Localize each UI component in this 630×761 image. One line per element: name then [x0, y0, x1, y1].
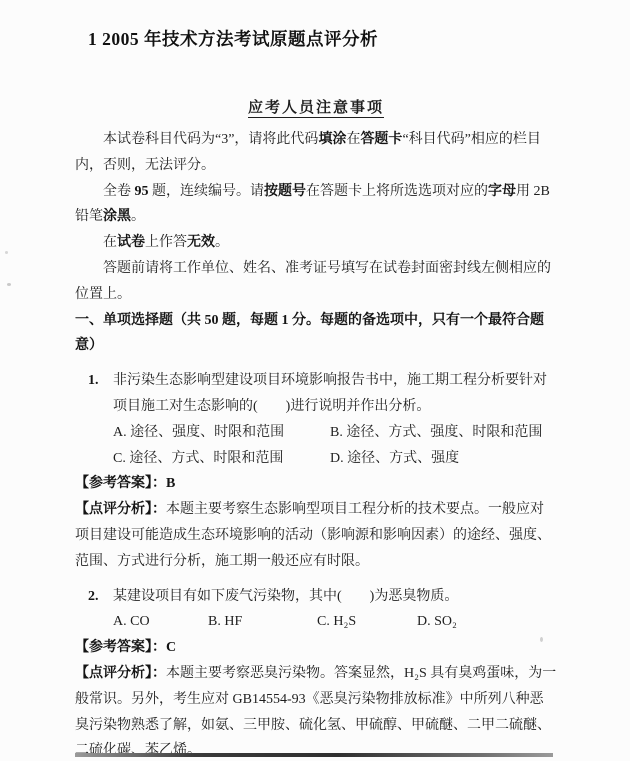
question-1-option-d: D. 途径、方式、强度: [330, 446, 459, 472]
scan-speck: [5, 251, 8, 254]
question-2: 2. 某建设项目有如下废气污染物，其中( )为恶臭物质。 A. CO B. HF…: [88, 584, 557, 761]
question-2-text: 某建设项目有如下废气污染物，其中( )为恶臭物质。: [113, 584, 557, 610]
text-run: 在: [346, 132, 360, 147]
question-1-options-row-1: A. 途径、强度、时限和范围 B. 途径、方式、强度、时限和范围: [113, 420, 557, 446]
section-heading: 一、单项选择题（共 50 题，每题 1 分。每题的备选项中，只有一个最符合题意）: [75, 308, 557, 360]
question-1-analysis: 【点评分析】：本题主要考察生态影响型项目工程分析的技术要点。一般应对项目建设可能…: [75, 497, 557, 574]
document-page: 1 2005 年技术方法考试原题点评分析 应考人员注意事项 本试卷科目代码为“3…: [0, 0, 630, 761]
notice-paragraph-3: 在试卷上作答无效。: [75, 230, 557, 256]
question-1-text: 非污染生态影响型建设项目环境影响报告书中，施工期工程分析要针对项目施工对生态影响…: [113, 368, 557, 420]
notice-paragraph-4: 答题前请将工作单位、姓名、准考证号填写在试卷封面密封线左侧相应的位置上。: [75, 256, 557, 308]
question-1-options-row-2: C. 途径、方式、时限和范围 D. 途径、方式、强度: [113, 446, 557, 472]
question-1: 1. 非污染生态影响型建设项目环境影响报告书中，施工期工程分析要针对项目施工对生…: [88, 368, 557, 574]
notice-paragraph-2: 全卷 95 题，连续编号。请按题号在答题卡上将所选选项对应的字母用 2B 铅笔涂…: [75, 179, 557, 231]
question-2-stem-line: 2. 某建设项目有如下废气污染物，其中( )为恶臭物质。: [88, 584, 557, 610]
notice-paragraph-1: 本试卷科目代码为“3”，请将此代码填涂在答题卡“科目代码”相应的栏目内，否则，无…: [75, 127, 557, 179]
page-title: 1 2005 年技术方法考试原题点评分析: [88, 26, 557, 52]
question-2-options: A. CO B. HF C. H₂S D. SO₂: [113, 609, 557, 635]
question-2-number: 2.: [88, 584, 113, 610]
scan-speck: [540, 637, 543, 642]
question-1-option-a: A. 途径、强度、时限和范围: [113, 420, 330, 446]
question-1-reference-answer: 【参考答案】：B: [75, 471, 557, 497]
text-run: 涂黑: [103, 209, 131, 224]
text-run: 答题卡: [360, 132, 402, 147]
question-1-option-b: B. 途径、方式、强度、时限和范围: [330, 420, 542, 446]
text-run: 。: [215, 235, 229, 250]
question-1-analysis-label: 【点评分析】：: [75, 502, 166, 517]
text-run: 。: [131, 209, 145, 224]
text-run: 试卷: [117, 235, 145, 250]
question-2-analysis: 【点评分析】：本题主要考察恶臭污染物。答案显然，H₂S 具有臭鸡蛋味，为一般常识…: [75, 661, 557, 761]
question-1-stem-line: 1. 非污染生态影响型建设项目环境影响报告书中，施工期工程分析要针对项目施工对生…: [88, 368, 557, 420]
question-2-option-c: C. H₂S: [317, 609, 417, 635]
text-run: 在答题卡上将所选选项对应的: [306, 184, 488, 199]
text-run: 本试卷科目代码为“3”，请将此代码: [103, 132, 318, 147]
notice-heading-wrap: 应考人员注意事项: [75, 96, 557, 121]
text-run: 全卷: [103, 184, 135, 199]
question-1-options: A. 途径、强度、时限和范围 B. 途径、方式、强度、时限和范围 C. 途径、方…: [113, 420, 557, 472]
question-1-option-c: C. 途径、方式、时限和范围: [113, 446, 330, 472]
text-run: 在: [103, 235, 117, 250]
question-2-options-row: A. CO B. HF C. H₂S D. SO₂: [113, 609, 557, 635]
question-2-option-d: D. SO₂: [417, 609, 457, 635]
notice-heading: 应考人员注意事项: [248, 100, 384, 118]
text-run: 题，连续编号。请: [149, 184, 265, 199]
text-run: 无效: [187, 235, 215, 250]
text-run: 上作答: [145, 235, 187, 250]
question-1-number: 1.: [88, 368, 113, 420]
text-run: 填涂: [318, 132, 346, 147]
scan-speck: [7, 283, 11, 286]
question-2-option-b: B. HF: [208, 609, 317, 635]
text-run: 95: [135, 184, 149, 199]
question-2-analysis-label: 【点评分析】：: [75, 666, 166, 681]
question-2-reference-answer: 【参考答案】：C: [75, 635, 557, 661]
text-run: 按题号: [264, 184, 306, 199]
question-2-option-a: A. CO: [113, 609, 208, 635]
text-run: 字母: [488, 184, 516, 199]
scan-edge-artifact: [75, 753, 553, 757]
